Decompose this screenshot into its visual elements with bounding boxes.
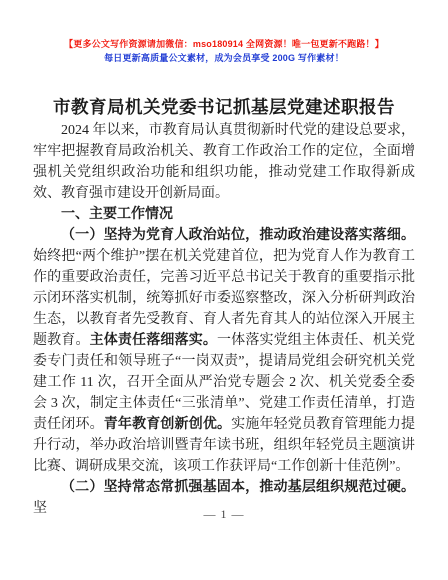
document-body: 2024 年以来，市教育局认真贯彻新时代党的建设总要求，牢牢把握教育局政治机关、… <box>33 120 415 519</box>
text-run: 2024 年以来，市教育局认真贯彻新时代党的建设总要求，牢牢把握教育局政治机关、… <box>33 123 415 201</box>
text-run-bold: （一）坚持为党育人政治站位，推动政治建设落实落细。 <box>61 228 415 243</box>
paragraph-section-1: （一）坚持为党育人政治站位，推动政治建设落实落细。始终把“两个维护”摆在机关党建… <box>33 225 415 477</box>
section-heading: 一、主要工作情况 <box>33 204 415 225</box>
text-run-bold: 主体责任落细落实。 <box>90 333 217 348</box>
page-number: — 1 — <box>0 507 448 522</box>
document-page: 【更多公文写作资源请加微信：mso180914 全网资源！唯一包更新不跑路！】 … <box>0 0 448 580</box>
document-title: 市教育局机关党委书记抓基层党建述职报告 <box>0 94 448 119</box>
promo-line-1: 【更多公文写作资源请加微信：mso180914 全网资源！唯一包更新不跑路！】 <box>0 37 448 51</box>
paragraph-intro: 2024 年以来，市教育局认真贯彻新时代党的建设总要求，牢牢把握教育局政治机关、… <box>33 120 415 204</box>
promo-banner: 【更多公文写作资源请加微信：mso180914 全网资源！唯一包更新不跑路！】 … <box>0 37 448 65</box>
text-run: 一、主要工作情况 <box>61 207 173 222</box>
text-run-bold: 青年教育创新创优。 <box>104 417 231 432</box>
text-run-bold: （二）坚持常态常抓强基固本，推动基层组织规范过硬。 <box>61 480 415 495</box>
promo-line-2: 每日更新高质量公文素材，成为会员享受 200G 写作素材！ <box>0 51 448 65</box>
